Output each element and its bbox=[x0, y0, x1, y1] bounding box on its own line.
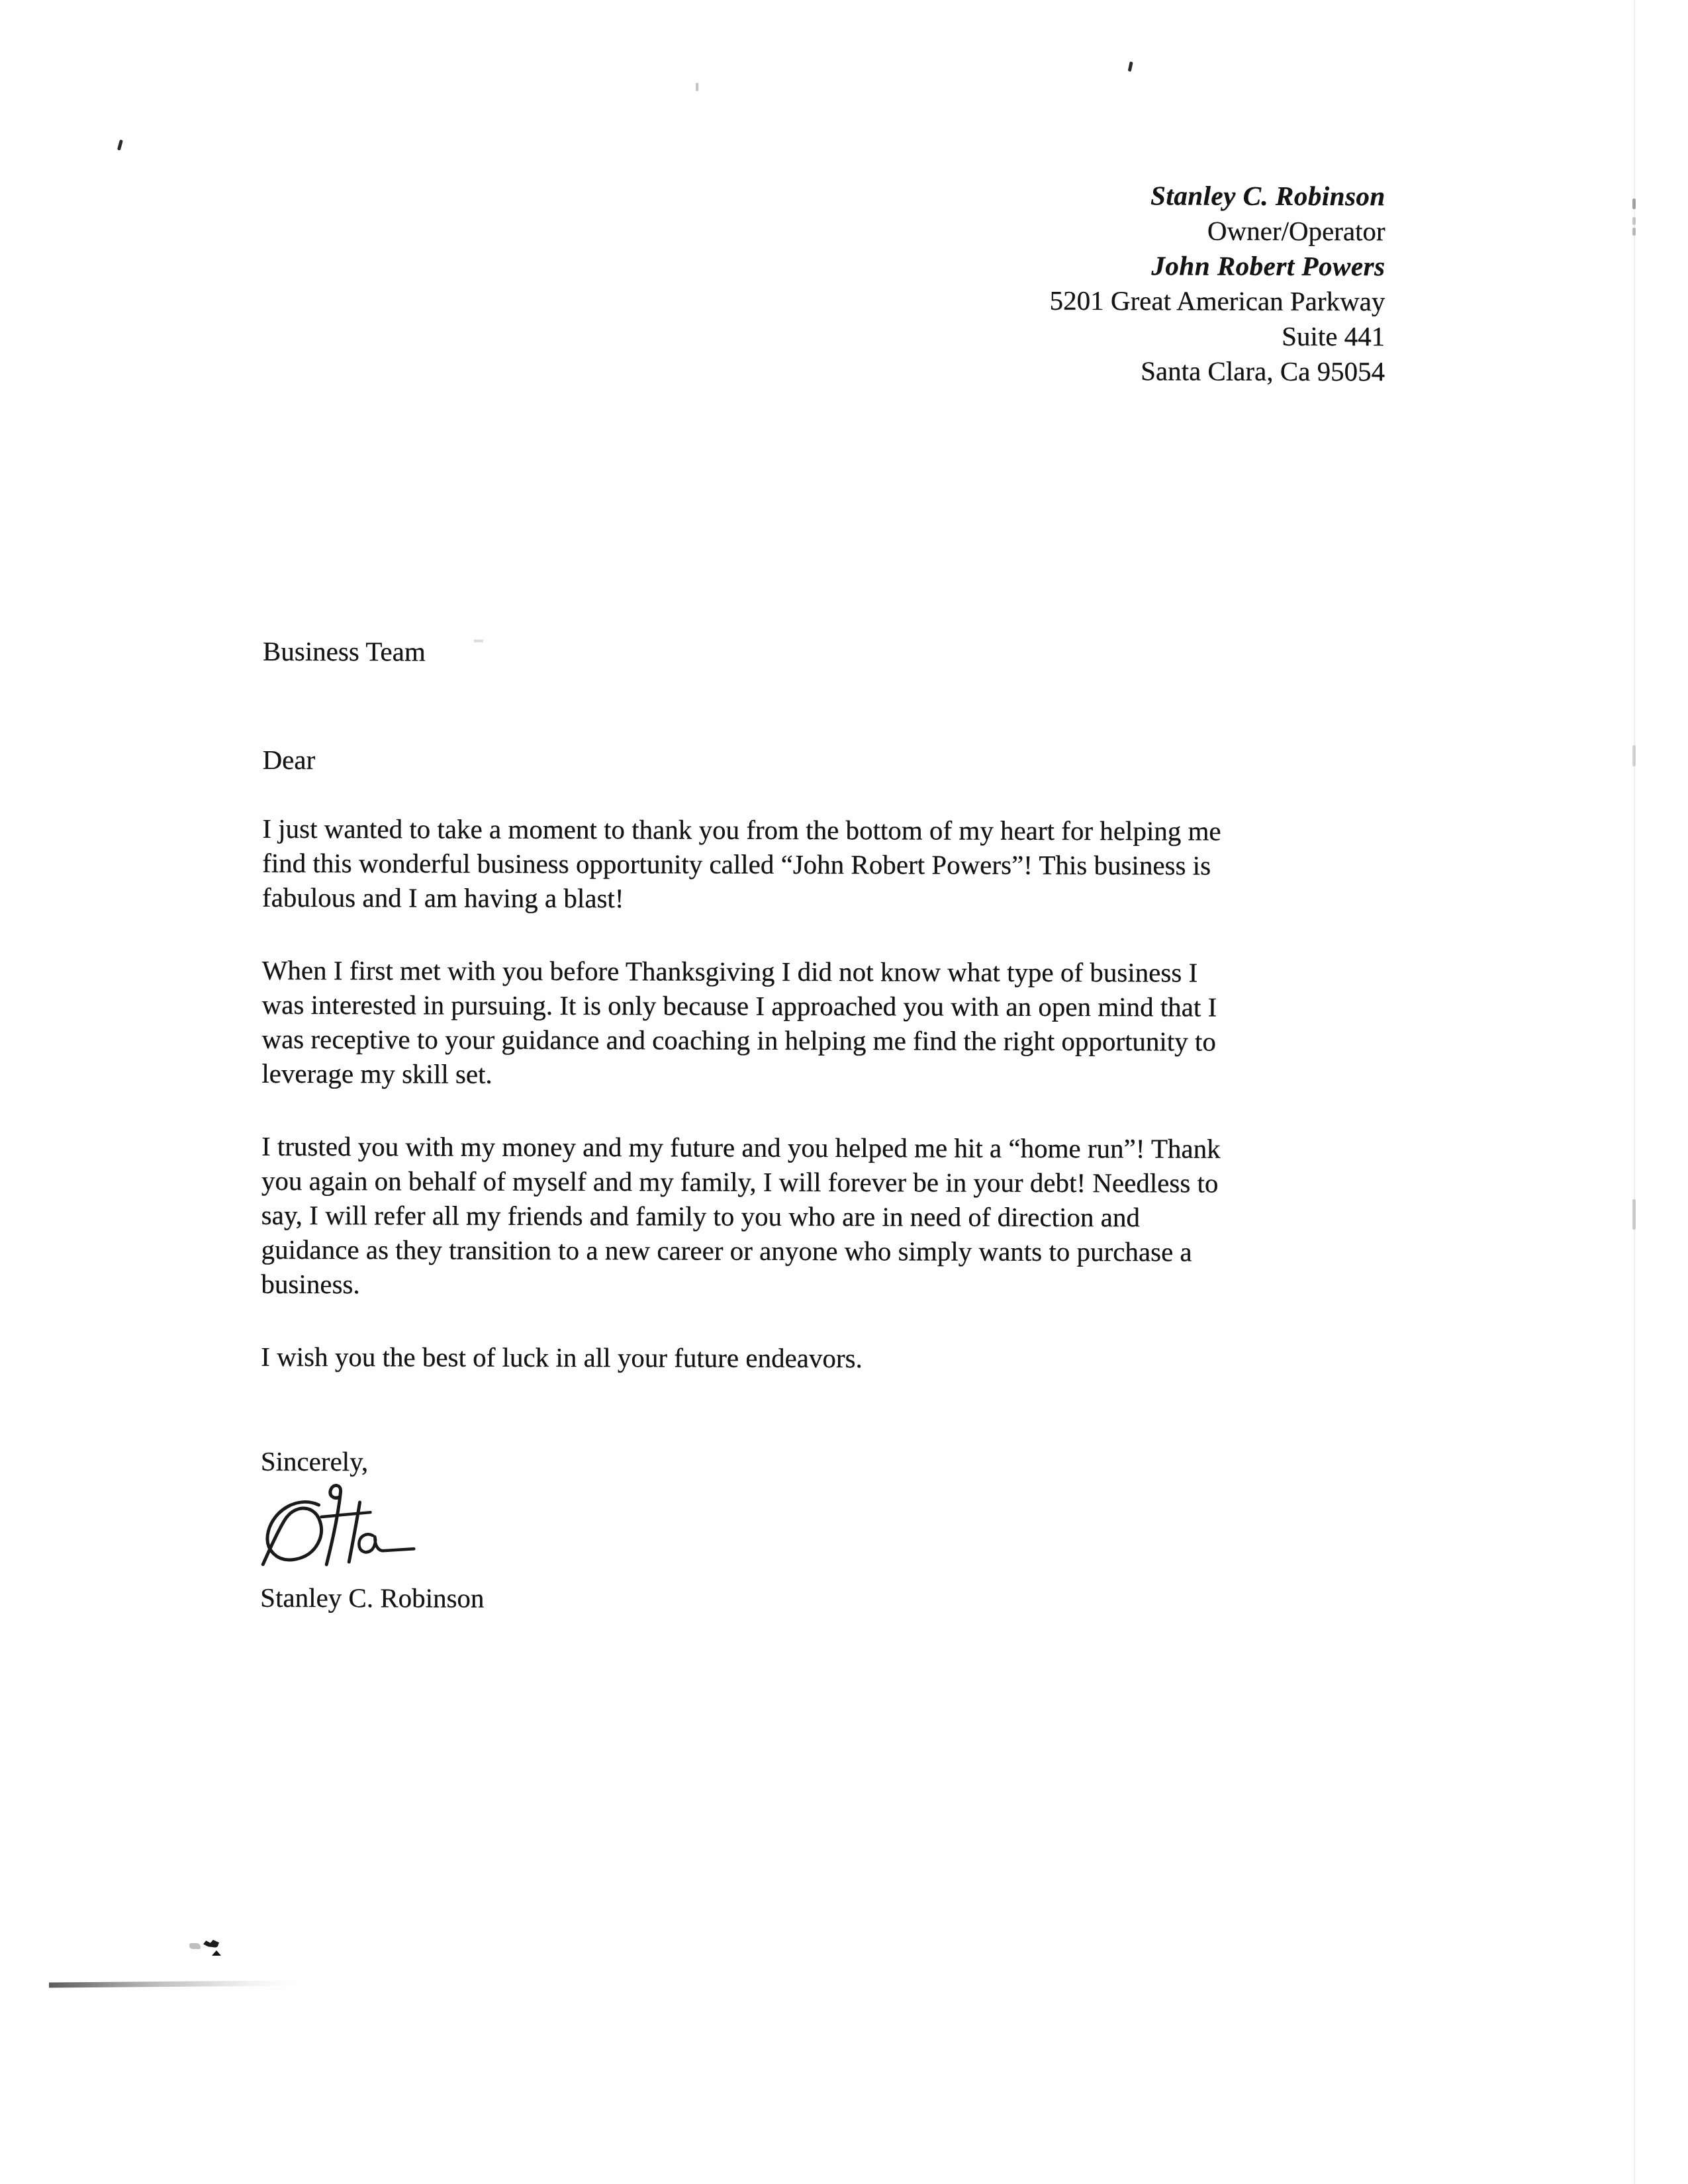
scan-speck-top-right bbox=[1128, 62, 1133, 72]
sender-company: John Robert Powers bbox=[1050, 248, 1385, 284]
sender-suite: Suite 441 bbox=[1049, 318, 1385, 354]
paragraph-1: I just wanted to take a moment to thank … bbox=[262, 811, 1407, 918]
letter-page: Stanley C. Robinson Owner/Operator John … bbox=[0, 0, 1688, 2184]
letter-body: Business Team Dear I just wanted to take… bbox=[260, 634, 1408, 1618]
recipient-line: Business Team bbox=[263, 634, 1408, 672]
scan-streak-segment bbox=[1632, 199, 1636, 209]
scan-speck-top-center bbox=[696, 83, 698, 91]
signature-ink-icon bbox=[260, 1482, 418, 1569]
paragraph-3: I trusted you with my money and my futur… bbox=[261, 1129, 1407, 1304]
scan-streak-segment bbox=[1632, 217, 1636, 225]
scan-speck-near-recipient bbox=[474, 640, 483, 643]
scan-streak-segment bbox=[1632, 228, 1636, 236]
paragraph-2: When I first met with you before Thanksg… bbox=[261, 953, 1407, 1094]
scan-smudge-bottom-left bbox=[189, 1943, 201, 1949]
scan-streak-segment bbox=[1632, 1199, 1636, 1230]
sender-city-state-zip: Santa Clara, Ca 95054 bbox=[1049, 353, 1385, 389]
scan-streak-segment bbox=[1632, 745, 1636, 766]
paragraph-4: I wish you the best of luck in all your … bbox=[261, 1340, 1406, 1377]
scan-speck-left-margin bbox=[117, 140, 123, 151]
salutation: Dear bbox=[262, 743, 1407, 780]
sender-name: Stanley C. Robinson bbox=[1050, 178, 1385, 214]
signed-name: Stanley C. Robinson bbox=[260, 1580, 1405, 1618]
sender-street: 5201 Great American Parkway bbox=[1050, 283, 1385, 319]
sender-block: Stanley C. Robinson Owner/Operator John … bbox=[1049, 178, 1385, 389]
scan-content: Stanley C. Robinson Owner/Operator John … bbox=[0, 0, 1688, 2184]
scan-streak-right-edge bbox=[1634, 0, 1635, 2184]
closing: Sincerely, bbox=[261, 1444, 1406, 1482]
sender-title: Owner/Operator bbox=[1050, 213, 1385, 249]
signature-scribble bbox=[260, 1482, 1405, 1572]
